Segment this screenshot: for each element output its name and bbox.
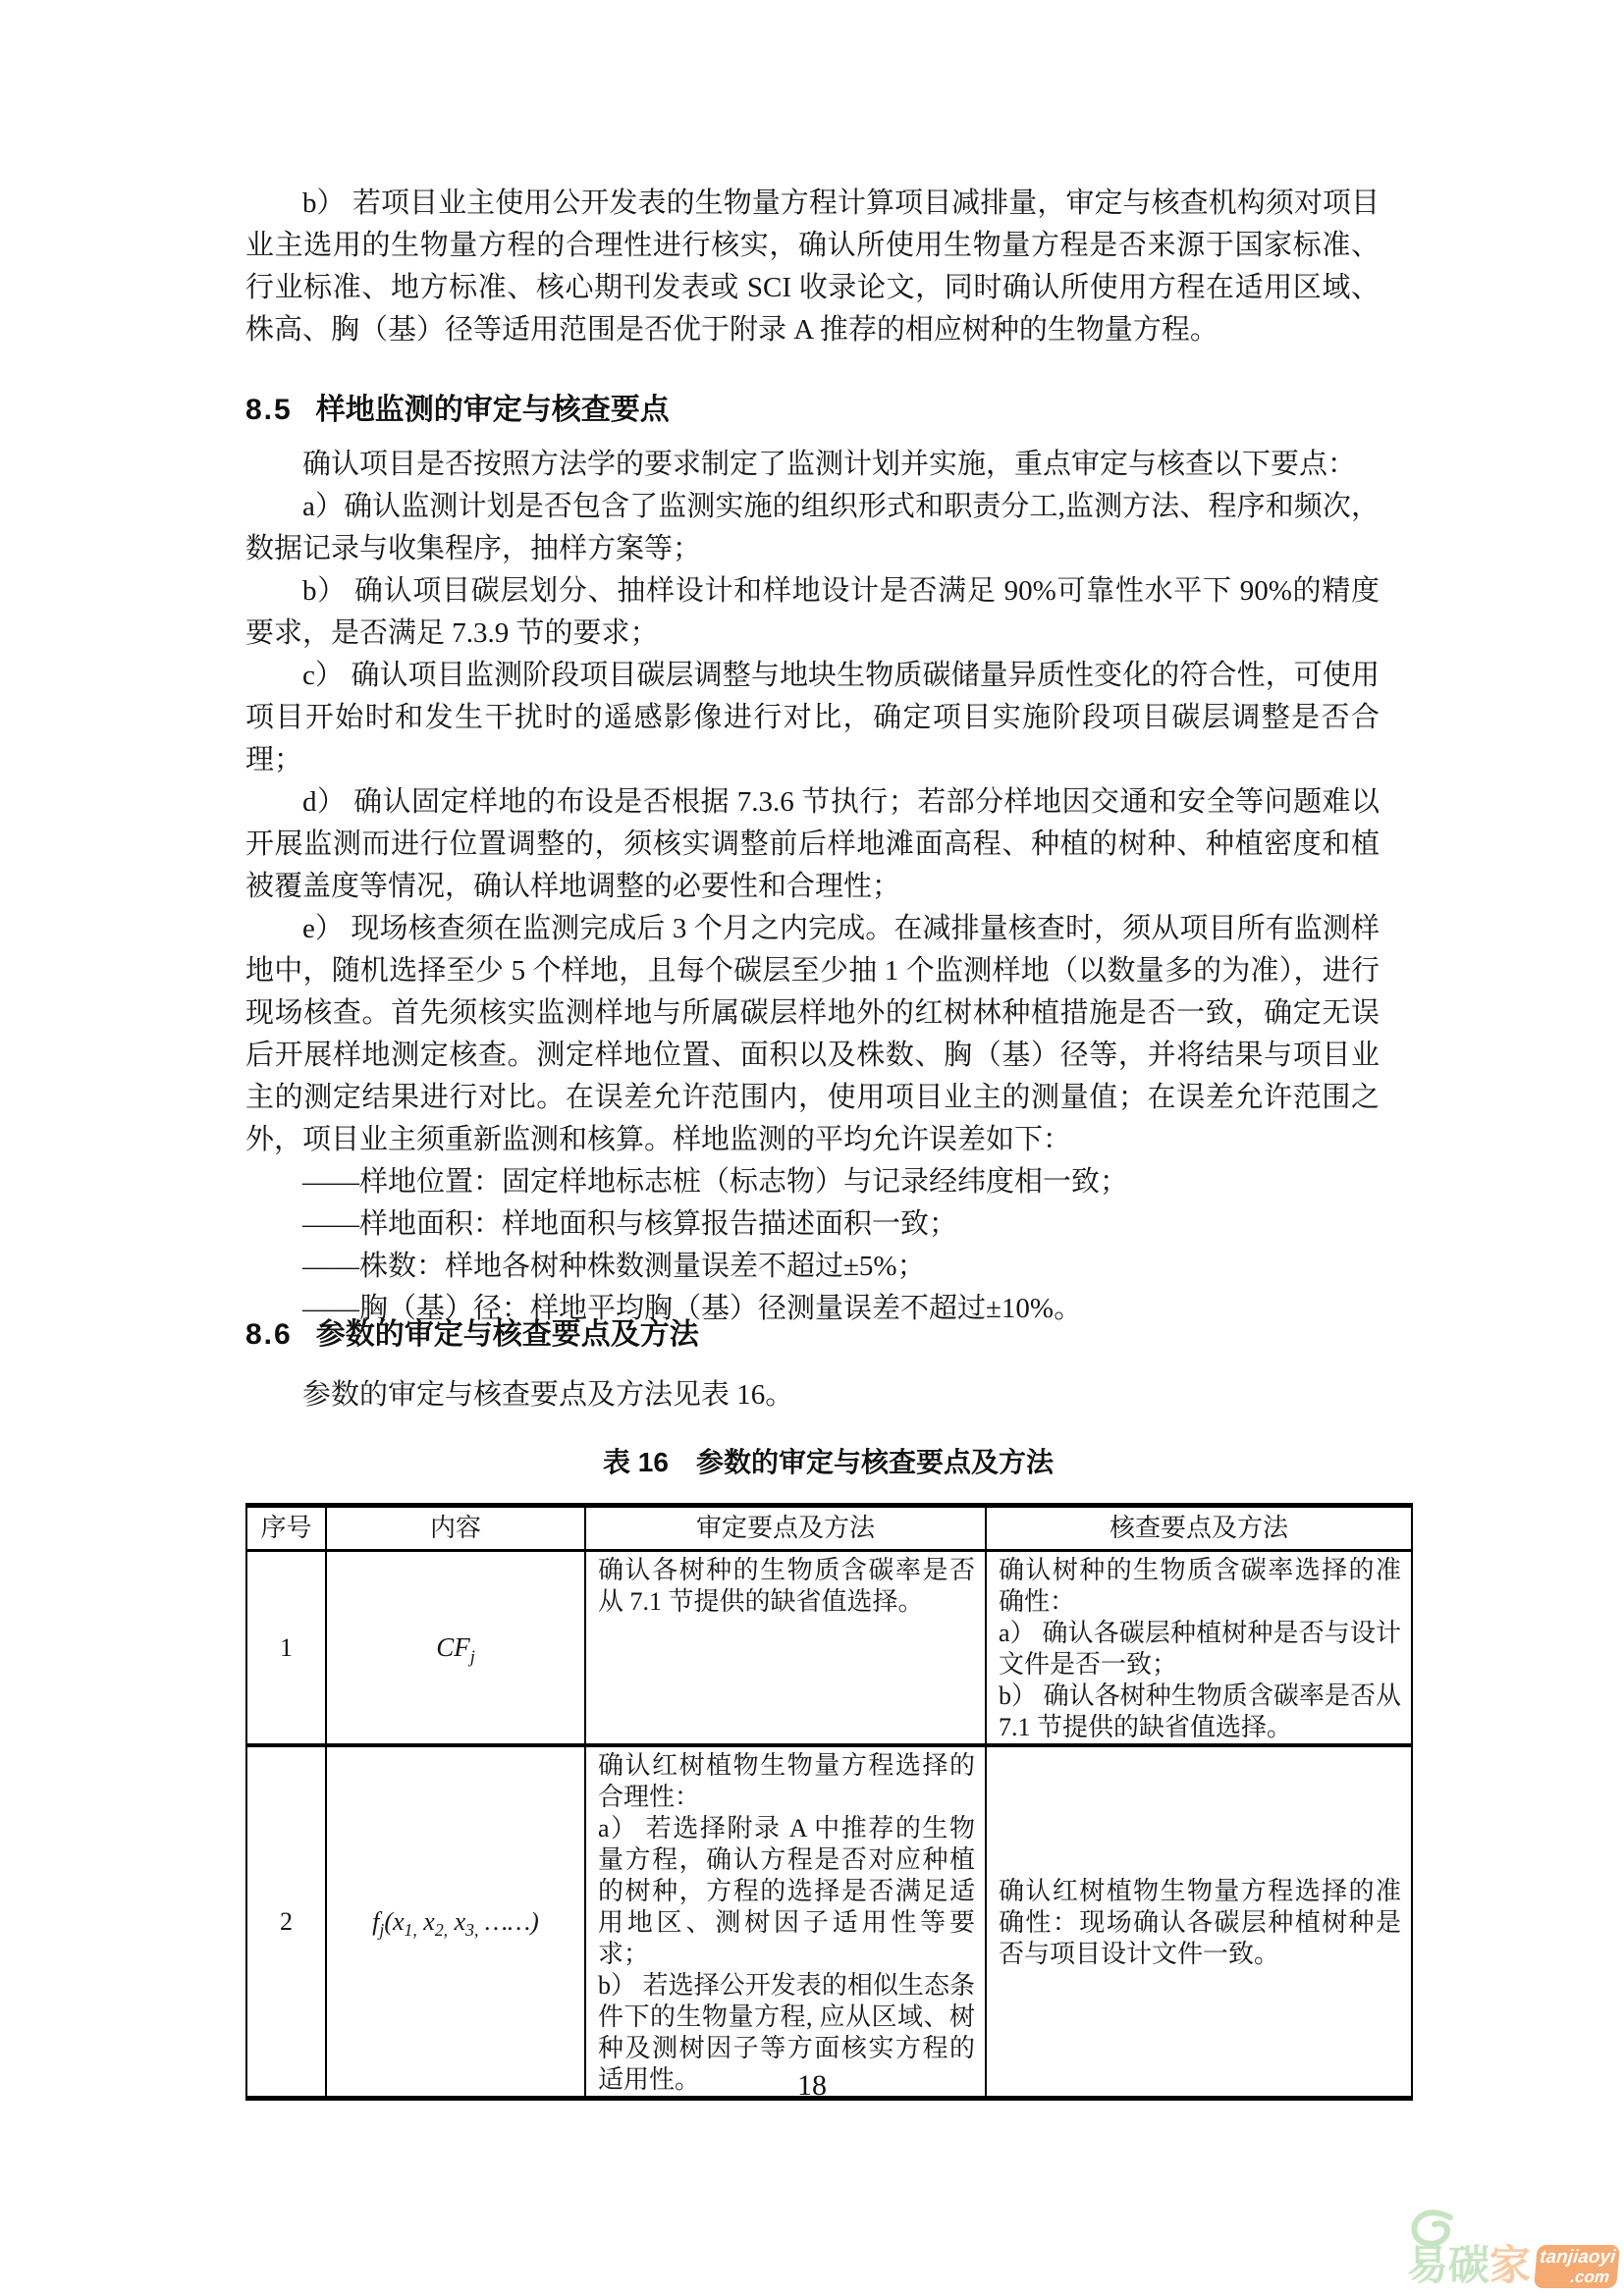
column-header-verify: 审定要点及方法 xyxy=(585,1506,986,1551)
formula-arg: x xyxy=(448,1907,465,1936)
section-8-5-body: 确认项目是否按照方法学的要求制定了监测计划并实施，重点审定与核查以下要点： a）… xyxy=(245,444,1380,1330)
row-2-parameter: fj(x1, x2, x3, ……) xyxy=(326,1745,585,2099)
section-8-5-title: 样地监测的审定与核查要点 xyxy=(316,394,670,426)
section-8-5-intro: 确认项目是否按照方法学的要求制定了监测计划并实施，重点审定与核查以下要点： xyxy=(245,444,1380,486)
row-2-number: 2 xyxy=(246,1745,326,2099)
table-16-caption: 表 16 参数的审定与核查要点及方法 xyxy=(245,1445,1411,1480)
formula-arg: x xyxy=(417,1907,435,1936)
cell-paragraph: 确认红树植物生物量方程选择的准确性：现场确认各碳层种植树种是否与项目设计文件一致… xyxy=(999,1876,1401,1970)
formula-tail: ……) xyxy=(478,1907,538,1936)
watermark-domain-name: tanjiaoyi xyxy=(1536,2247,1620,2269)
formula-subscript: j xyxy=(470,1646,475,1666)
cell-paragraph: 确认各树种的生物质含碳率是否从 7.1 节提供的缺省值选择。 xyxy=(598,1555,975,1618)
row-1-verify-cell: 确认各树种的生物质含碳率是否从 7.1 节提供的缺省值选择。 xyxy=(585,1551,986,1746)
row-1-number: 1 xyxy=(246,1551,326,1746)
paragraph-biomass-equation-b: b） 若项目业主使用公开发表的生物量方程计算项目减排量，审定与核查机构须对项目业… xyxy=(245,183,1380,351)
formula-arg-subscript: 1, xyxy=(405,1920,417,1940)
cell-paragraph: 确认红树植物生物量方程选择的合理性： xyxy=(598,1750,975,1813)
section-8-6-number: 8.6 xyxy=(245,1318,293,1351)
row-2-verify-cell: 确认红树植物生物量方程选择的合理性： a） 若选择附录 A 中推荐的生物量方程，… xyxy=(585,1745,986,2099)
section-8-6-title: 参数的审定与核查要点及方法 xyxy=(316,1318,699,1351)
list-item-e: e） 现场核查须在监测完成后 3 个月之内完成。在减排量核查时，须从项目所有监测… xyxy=(245,908,1380,1161)
list-item-b: b） 确认项目碳层划分、抽样设计和样地设计是否满足 90%可靠性水平下 90%的… xyxy=(245,570,1380,655)
cell-paragraph: a） 若选择附录 A 中推荐的生物量方程，确认方程是否对应种植的树种，方程的选择… xyxy=(598,1813,975,1970)
watermark-domain-badge: tanjiaoyi .com xyxy=(1534,2245,1620,2288)
watermark-text-orange: 家 xyxy=(1489,2242,1531,2288)
table-16: 序号 内容 审定要点及方法 核查要点及方法 1 CFj 确认各树种的生物质含碳率… xyxy=(245,1503,1413,2101)
list-item-c: c） 确认项目监测阶段项目碳层调整与地块生物质碳储量异质性变化的符合性，可使用项… xyxy=(245,655,1380,781)
watermark-text-green: 易碳 xyxy=(1407,2242,1489,2288)
dash-item-plot-location: ——样地位置：固定样地标志桩（标志物）与记录经纬度相一致； xyxy=(245,1161,1380,1203)
formula-base: CF xyxy=(436,1632,470,1662)
cell-paragraph: a） 确认各碳层种植树种是否与设计文件是否一致； xyxy=(999,1618,1401,1681)
watermark-domain-tld: .com xyxy=(1534,2269,1617,2285)
table-header-row: 序号 内容 审定要点及方法 核查要点及方法 xyxy=(246,1506,1412,1551)
page-number: 18 xyxy=(0,2069,1624,2103)
row-1-check-cell: 确认树种的生物质含碳率选择的准确性： a） 确认各碳层种植树种是否与设计文件是否… xyxy=(986,1551,1412,1746)
formula-arg: (x xyxy=(384,1907,404,1936)
column-header-no: 序号 xyxy=(246,1506,326,1551)
row-1-parameter: CFj xyxy=(326,1551,585,1746)
section-8-5-number: 8.5 xyxy=(245,394,293,426)
watermark-brand-text: 易碳家 xyxy=(1407,2243,1531,2288)
column-header-check: 核查要点及方法 xyxy=(986,1506,1412,1551)
section-8-6-intro: 参数的审定与核查要点及方法见表 16。 xyxy=(245,1374,1380,1416)
column-header-content: 内容 xyxy=(326,1506,585,1551)
formula-arg-subscript: 2, xyxy=(435,1920,448,1940)
table-row: 2 fj(x1, x2, x3, ……) 确认红树植物生物量方程选择的合理性： … xyxy=(246,1745,1412,2099)
cell-paragraph: b） 确认各树种生物质含碳率是否从 7.1 节提供的缺省值选择。 xyxy=(999,1681,1401,1743)
list-item-d: d） 确认固定样地的布设是否根据 7.3.6 节执行；若部分样地因交通和安全等问… xyxy=(245,781,1380,908)
table-row: 1 CFj 确认各树种的生物质含碳率是否从 7.1 节提供的缺省值选择。 确认树… xyxy=(246,1551,1412,1746)
dash-item-tree-count: ——株数：样地各树种株数测量误差不超过±5%； xyxy=(245,1246,1380,1288)
section-heading-8-6: 8.6参数的审定与核查要点及方法 xyxy=(245,1315,1380,1355)
formula-arg-subscript: 3, xyxy=(465,1920,478,1940)
document-page: b） 若项目业主使用公开发表的生物量方程计算项目减排量，审定与核查机构须对项目业… xyxy=(0,0,1624,2296)
section-heading-8-5: 8.5样地监测的审定与核查要点 xyxy=(245,391,1380,430)
cell-paragraph: 确认树种的生物质含碳率选择的准确性： xyxy=(999,1555,1401,1618)
tanjiaoyi-watermark: 易碳家 tanjiaoyi .com xyxy=(1407,2214,1618,2290)
dash-item-plot-area: ——样地面积：样地面积与核算报告描述面积一致； xyxy=(245,1203,1380,1246)
formula-fj: fj(x1, x2, x3, ……) xyxy=(372,1907,539,1936)
row-2-check-cell: 确认红树植物生物量方程选择的准确性：现场确认各碳层种植树种是否与项目设计文件一致… xyxy=(986,1745,1412,2099)
formula-cfj: CFj xyxy=(436,1632,475,1662)
list-item-a: a）确认监测计划是否包含了监测实施的组织形式和职责分工,监测方法、程序和频次，数… xyxy=(245,486,1380,570)
